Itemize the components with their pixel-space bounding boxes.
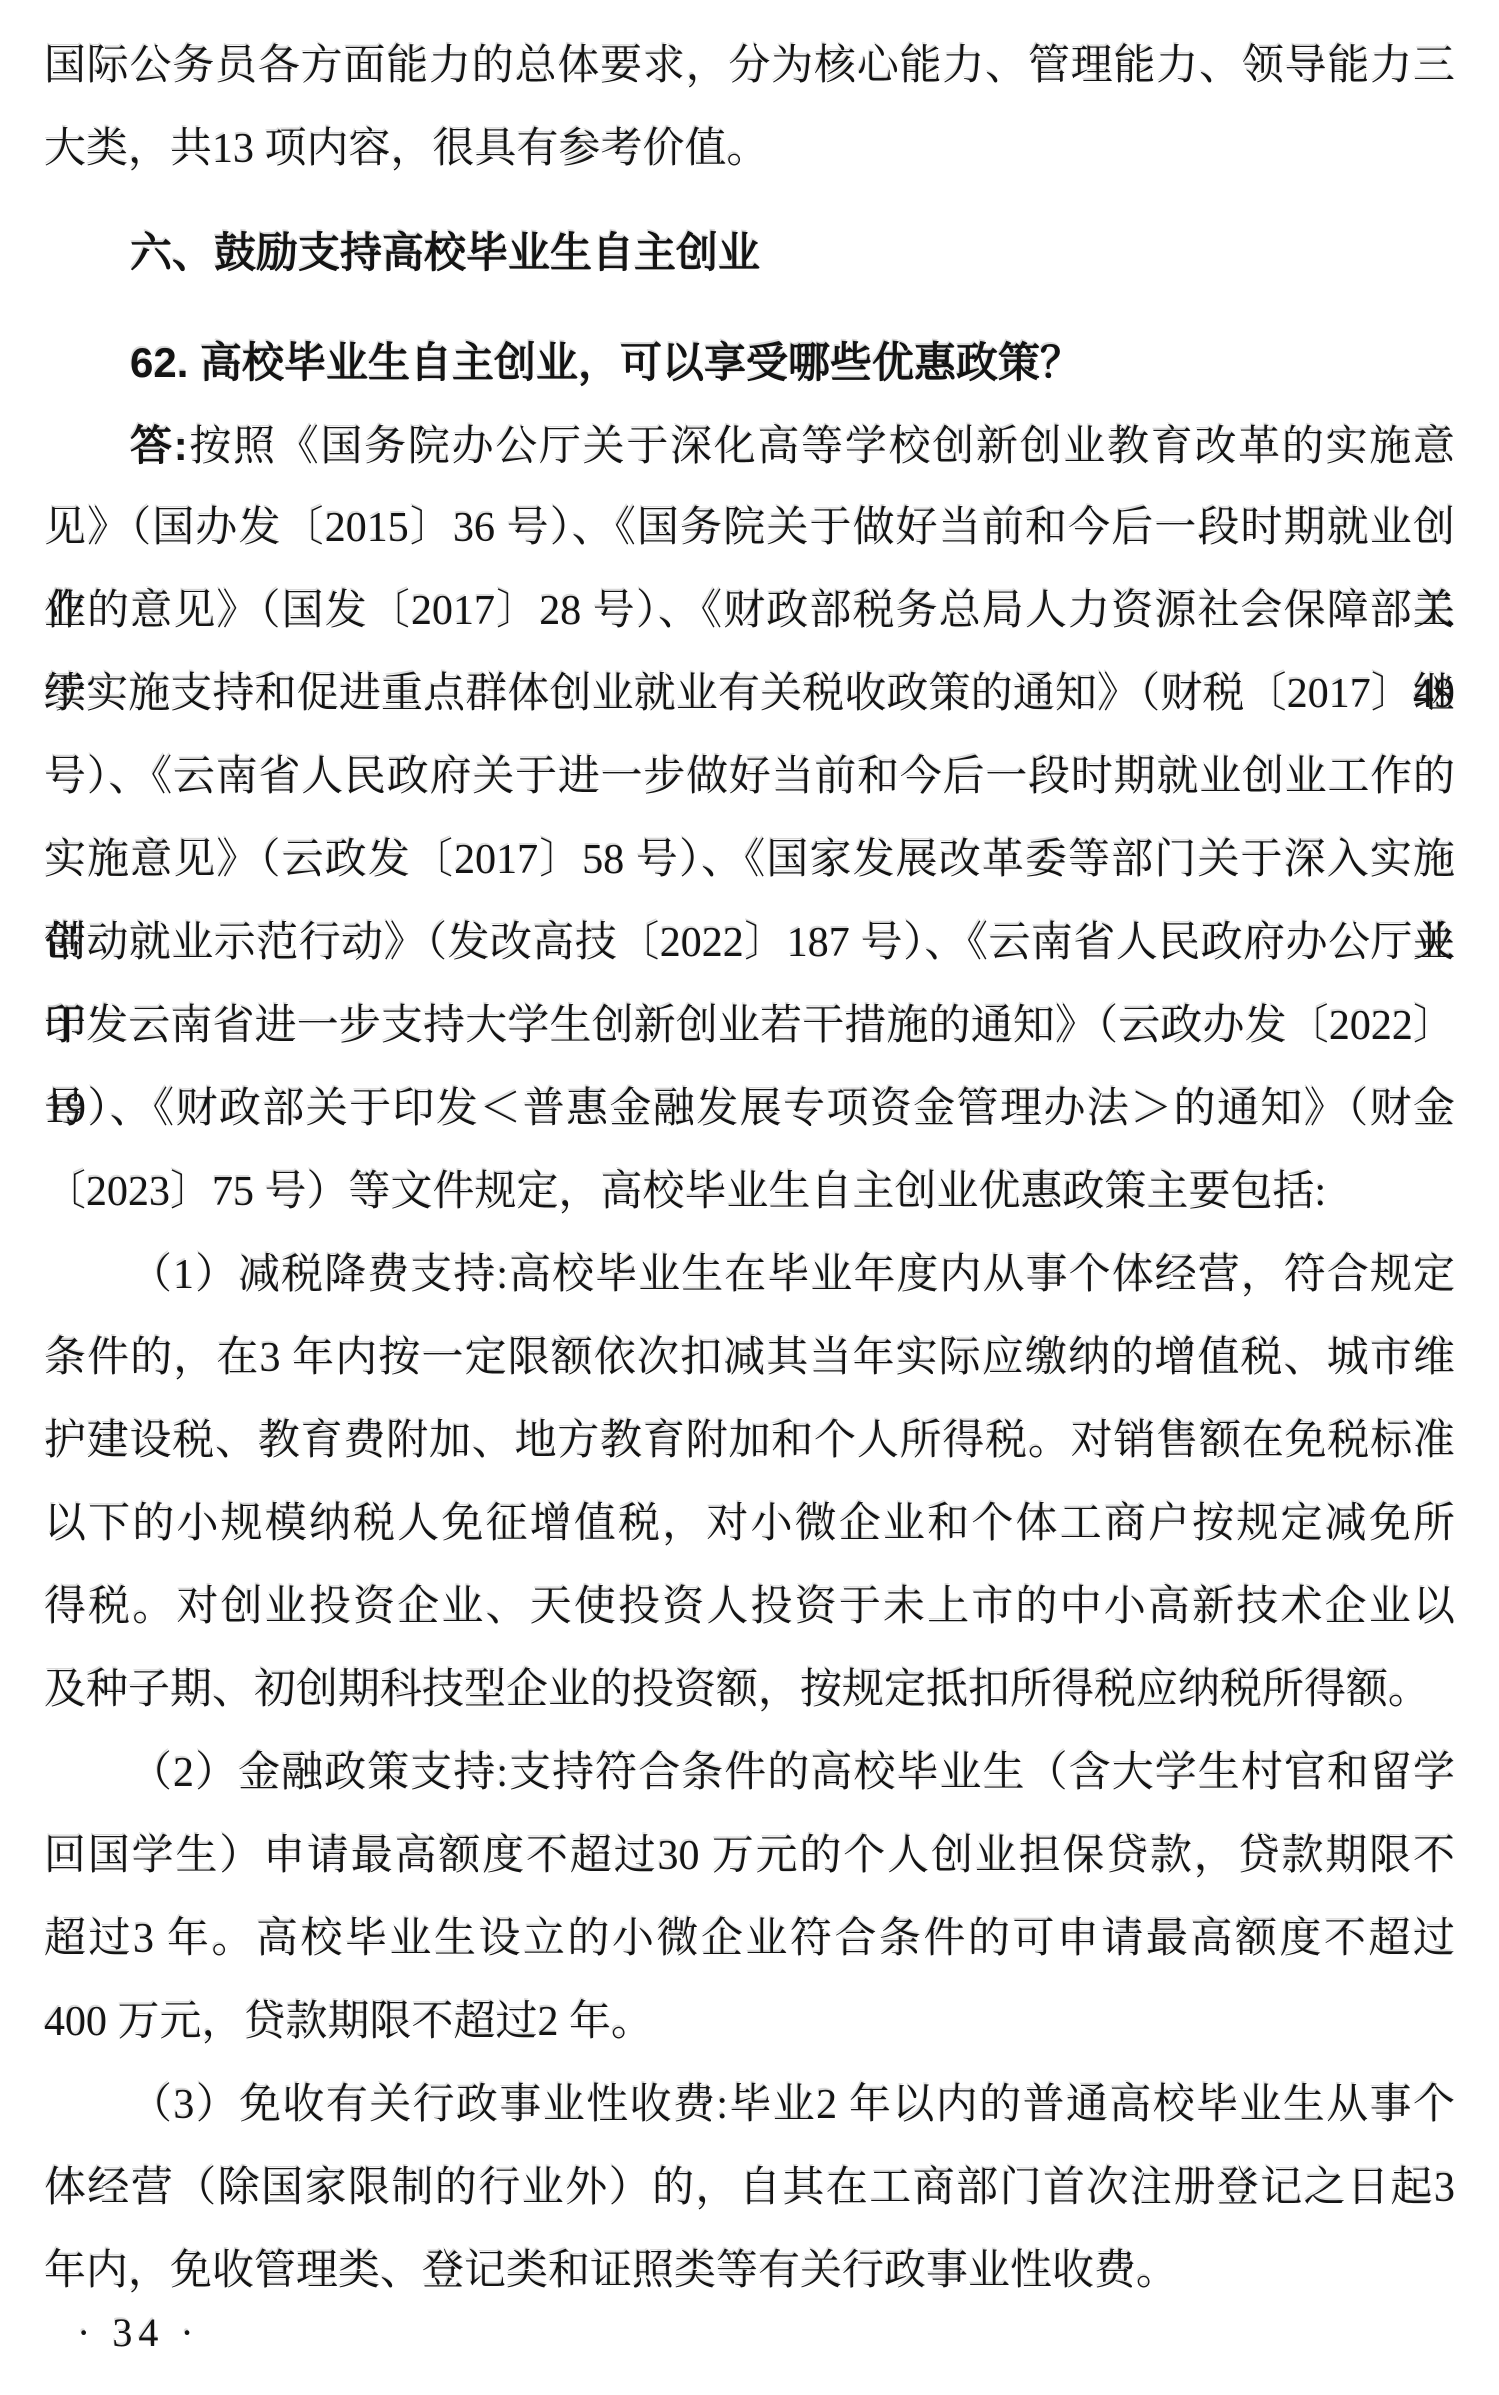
text-line: 实施意见》（云政发〔2017〕58 号）、《国家发展改革委等部门关于深入实施创业 <box>44 819 1455 902</box>
text-line: 条件的，在3 年内按一定限额依次扣减其当年实际应缴纳的增值税、城市维 <box>44 1317 1455 1400</box>
text-line: （1）减税降费支持:高校毕业生在毕业年度内从事个体经营，符合规定 <box>44 1234 1455 1317</box>
text-line: （2）金融政策支持:支持符合条件的高校毕业生（含大学生村官和留学 <box>44 1732 1455 1815</box>
item-2-financial-policy: （2）金融政策支持:支持符合条件的高校毕业生（含大学生村官和留学回国学生）申请最… <box>44 1732 1455 2064</box>
paragraph-continuation: 国际公务员各方面能力的总体要求，分为核心能力、管理能力、领导能力三大类，共13 … <box>44 25 1455 191</box>
text-line: 超过3 年。高校毕业生设立的小微企业符合条件的可申请最高额度不超过 <box>44 1898 1455 1981</box>
text-line: 体经营（除国家限制的行业外）的，自其在工商部门首次注册登记之日起3 <box>44 2147 1455 2230</box>
text-line: 号）、《云南省人民政府关于进一步做好当前和今后一段时期就业创业工作的 <box>44 736 1455 819</box>
answer-paragraph: 答:按照《国务院办公厅关于深化高等学校创新创业教育改革的实施意见》（国办发〔20… <box>44 404 1455 1234</box>
text-line: 见》（国办发〔2015〕36 号）、《国务院关于做好当前和今后一段时期就业创业工 <box>44 487 1455 570</box>
text-line: 及种子期、初创期科技型企业的投资额，按规定抵扣所得税应纳税所得额。 <box>44 1649 1455 1732</box>
text-line: 续实施支持和促进重点群体创业就业有关税收政策的通知》（财税〔2017〕49 <box>44 653 1455 736</box>
text-line: 六、鼓励支持高校毕业生自主创业 <box>44 211 1455 294</box>
question-62: 62. 高校毕业生自主创业，可以享受哪些优惠政策？ <box>44 321 1455 404</box>
answer-label: 答: <box>130 422 188 469</box>
page-number: · 34 · <box>44 2313 1455 2353</box>
text-line: 得税。对创业投资企业、天使投资人投资于未上市的中小高新技术企业以 <box>44 1566 1455 1649</box>
text-line: 答:按照《国务院办公厅关于深化高等学校创新创业教育改革的实施意 <box>44 404 1455 487</box>
text-line: 〔2023〕75 号）等文件规定，高校毕业生自主创业优惠政策主要包括: <box>44 1151 1455 1234</box>
text-line: （3）免收有关行政事业性收费:毕业2 年以内的普通高校毕业生从事个 <box>44 2064 1455 2147</box>
item-3-fee-exemption: （3）免收有关行政事业性收费:毕业2 年以内的普通高校毕业生从事个体经营（除国家… <box>44 2064 1455 2313</box>
text-line: 带动就业示范行动》（发改高技〔2022〕187 号）、《云南省人民政府办公厅关于 <box>44 902 1455 985</box>
page-content: 国际公务员各方面能力的总体要求，分为核心能力、管理能力、领导能力三大类，共13 … <box>44 25 1455 2313</box>
text-line: 年内，免收管理类、登记类和证照类等有关行政事业性收费。 <box>44 2230 1455 2313</box>
text-line: 号）、《财政部关于印发＜普惠金融发展专项资金管理办法＞的通知》（财金 <box>44 1068 1455 1151</box>
text-line: 大类，共13 项内容，很具有参考价值。 <box>44 108 1455 191</box>
document-page: 国际公务员各方面能力的总体要求，分为核心能力、管理能力、领导能力三大类，共13 … <box>0 0 1499 2395</box>
section-heading: 六、鼓励支持高校毕业生自主创业 <box>44 211 1455 294</box>
text-line: 作的意见》（国发〔2017〕28 号）、《财政部税务总局人力资源社会保障部关于继 <box>44 570 1455 653</box>
item-1-tax-reduction: （1）减税降费支持:高校毕业生在毕业年度内从事个体经营，符合规定条件的，在3 年… <box>44 1234 1455 1732</box>
text-line: 回国学生）申请最高额度不超过30 万元的个人创业担保贷款，贷款期限不 <box>44 1815 1455 1898</box>
text-line: 护建设税、教育费附加、地方教育附加和个人所得税。对销售额在免税标准 <box>44 1400 1455 1483</box>
text-line: 以下的小规模纳税人免征增值税，对小微企业和个体工商户按规定减免所 <box>44 1483 1455 1566</box>
text-line: 62. 高校毕业生自主创业，可以享受哪些优惠政策？ <box>44 321 1455 404</box>
text-line: 印发云南省进一步支持大学生创新创业若干措施的通知》（云政办发〔2022〕19 <box>44 985 1455 1068</box>
text-line: 国际公务员各方面能力的总体要求，分为核心能力、管理能力、领导能力三 <box>44 25 1455 108</box>
text-line: 400 万元，贷款期限不超过2 年。 <box>44 1981 1455 2064</box>
